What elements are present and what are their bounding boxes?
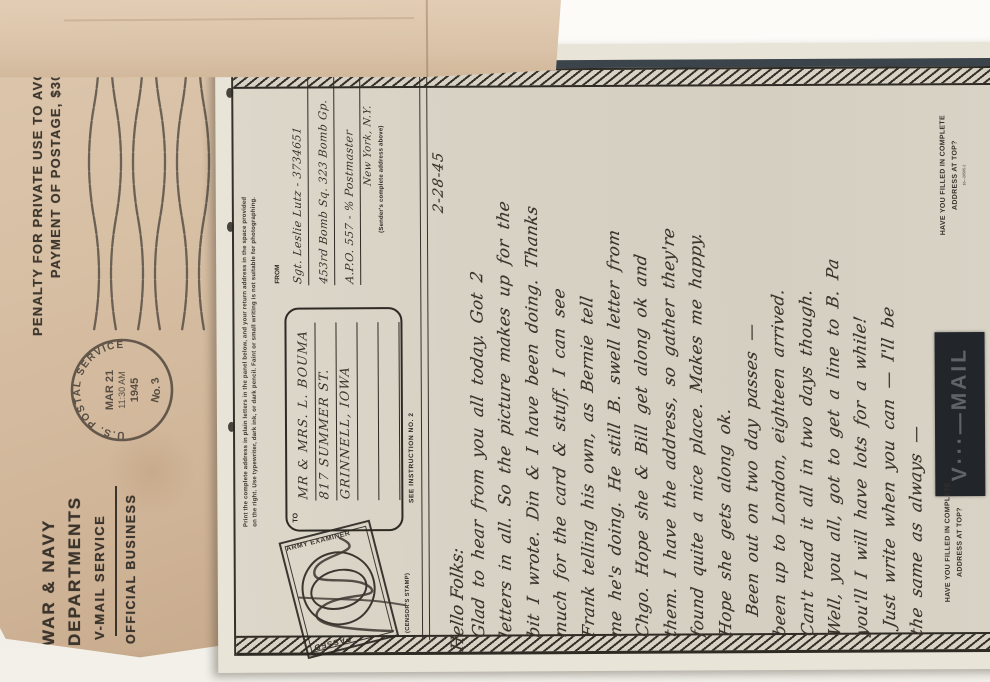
vmail-form: Print the complete address in plain lett… bbox=[231, 58, 990, 656]
staple-mark bbox=[227, 222, 234, 232]
form-instructions: Print the complete address in plain lett… bbox=[241, 160, 262, 564]
footer-reminder-line: HAVE YOU FILLED IN COMPLETE bbox=[937, 94, 950, 256]
footer-reminder-right: HAVE YOU FILLED IN COMPLETE ADDRESS AT T… bbox=[937, 94, 968, 256]
censor-stamp: PASSED ARMY EXAMINER bbox=[278, 520, 399, 659]
from-address-block: FROM Sgt. Leslie Lutz - 3734651453rd Bom… bbox=[273, 75, 385, 284]
letter-line: you'll I will have lots for a while! bbox=[850, 66, 880, 639]
postmark-number: No. 3 bbox=[149, 376, 163, 404]
footer-reminder-line: ADDRESS AT TOP? bbox=[949, 94, 962, 256]
to-address-line bbox=[357, 320, 379, 500]
form-microprint: 16—26505-2 bbox=[962, 126, 966, 223]
letter-line: Hope she gets along ok. bbox=[713, 67, 743, 640]
letter-line: Just write when you can — I'll be bbox=[877, 66, 907, 639]
to-address-lines: Mr & Mrs. L. Bouma817 Summer St.Grinnell… bbox=[294, 321, 400, 500]
censor-stamp-label: (CENSOR'S STAMP) bbox=[405, 573, 411, 633]
letter-line: Glad to hear from you all today. Got 2 bbox=[466, 68, 496, 641]
from-label: FROM bbox=[273, 76, 281, 284]
return-address-line: DEPARTMENTS bbox=[62, 428, 88, 646]
footer-reminder-line: HAVE YOU FILLED IN COMPLETE bbox=[942, 466, 955, 618]
from-address-line: New York, N.Y. bbox=[360, 74, 377, 284]
letter-line: Can't read it all in two days though. bbox=[795, 66, 825, 639]
sender-note: (Sender's complete address above) bbox=[378, 75, 385, 283]
svg-text:No. 3: No. 3 bbox=[149, 376, 163, 404]
to-address-line: 817 Summer St. bbox=[315, 320, 337, 500]
letter-line: Well, you all, got to get a line to B. P… bbox=[822, 66, 852, 639]
vmail-letter-scan: PENALTY FOR PRIVATE USE TO AVOID PAYMENT… bbox=[0, 0, 990, 682]
letter-line: found quite a nice place. Makes me happy… bbox=[685, 67, 715, 640]
staple-mark bbox=[226, 88, 233, 98]
to-address-line: Grinnell, Iowa bbox=[336, 320, 358, 500]
letter-date: 2-28-45 bbox=[431, 150, 447, 214]
envelope: PENALTY FOR PRIVATE USE TO AVOID PAYMENT… bbox=[0, 0, 236, 660]
from-address-line: 453rd Bomb Sq. 323 Bomb Gp. bbox=[308, 74, 335, 286]
postmark-time: 11:30 AM bbox=[117, 371, 127, 408]
letter-line: Been out on two day passes — bbox=[740, 66, 770, 639]
postmark-date: MAR 21 bbox=[104, 370, 116, 410]
letter-line: the same as always — bbox=[904, 66, 934, 639]
return-address-line: WAR & NAVY bbox=[36, 428, 62, 646]
to-address-panel: TO Mr & Mrs. L. Bouma817 Summer St.Grinn… bbox=[284, 307, 403, 532]
letter-line: Frank telling his own, as Bernie tell bbox=[576, 67, 606, 640]
letter-line: bit I wrote. Din & I have been doing. Th… bbox=[521, 68, 551, 641]
to-address-line bbox=[378, 320, 400, 500]
letter-line: been up to London, eighteen arrived. bbox=[767, 66, 797, 639]
letter-line: Chgo. Hope she & Bill get along ok and bbox=[630, 67, 660, 640]
return-address-line: V-MAIL SERVICE bbox=[92, 428, 107, 640]
paper-stain bbox=[106, 426, 196, 516]
header-divider bbox=[419, 77, 430, 640]
instructions-line: on the right. Use typewriter, dark ink, … bbox=[250, 160, 261, 564]
letter-line: letters in all. So the picture makes up … bbox=[494, 68, 524, 641]
from-address-line: A.P.O. 557 - % Postmaster bbox=[334, 74, 361, 286]
letter-line: me he's doing. He still B. swell letter … bbox=[603, 67, 633, 640]
envelope-flap bbox=[0, 0, 566, 80]
from-address-lines: Sgt. Leslie Lutz - 3734651453rd Bomb Sq.… bbox=[282, 75, 377, 283]
footer-reminder-left: HAVE YOU FILLED IN COMPLETE ADDRESS AT T… bbox=[942, 466, 967, 618]
divider-rule bbox=[115, 486, 118, 636]
to-address-line: Mr & Mrs. L. Bouma bbox=[294, 320, 316, 500]
footer-reminder-line: ADDRESS AT TOP? bbox=[954, 466, 967, 618]
censor-stamp-circle bbox=[294, 543, 384, 633]
from-address-line: Sgt. Leslie Lutz - 3734651 bbox=[282, 74, 309, 286]
see-instruction-note: SEE INSTRUCTION NO. 2 bbox=[408, 412, 415, 503]
censor-stamp-oval bbox=[306, 563, 372, 616]
letter-salutation: Hello Folks: bbox=[448, 546, 469, 652]
letter-line: much for the card & stuff. I can see bbox=[548, 67, 578, 640]
letter-body: Glad to hear from you all today. Got 2le… bbox=[466, 70, 935, 640]
letter-line: them. I have the address, so gather they… bbox=[658, 67, 688, 640]
postmark-year: 1945 bbox=[129, 378, 141, 402]
vmail-photo-sheet: Print the complete address in plain lett… bbox=[215, 42, 990, 673]
staple-mark bbox=[228, 422, 235, 432]
